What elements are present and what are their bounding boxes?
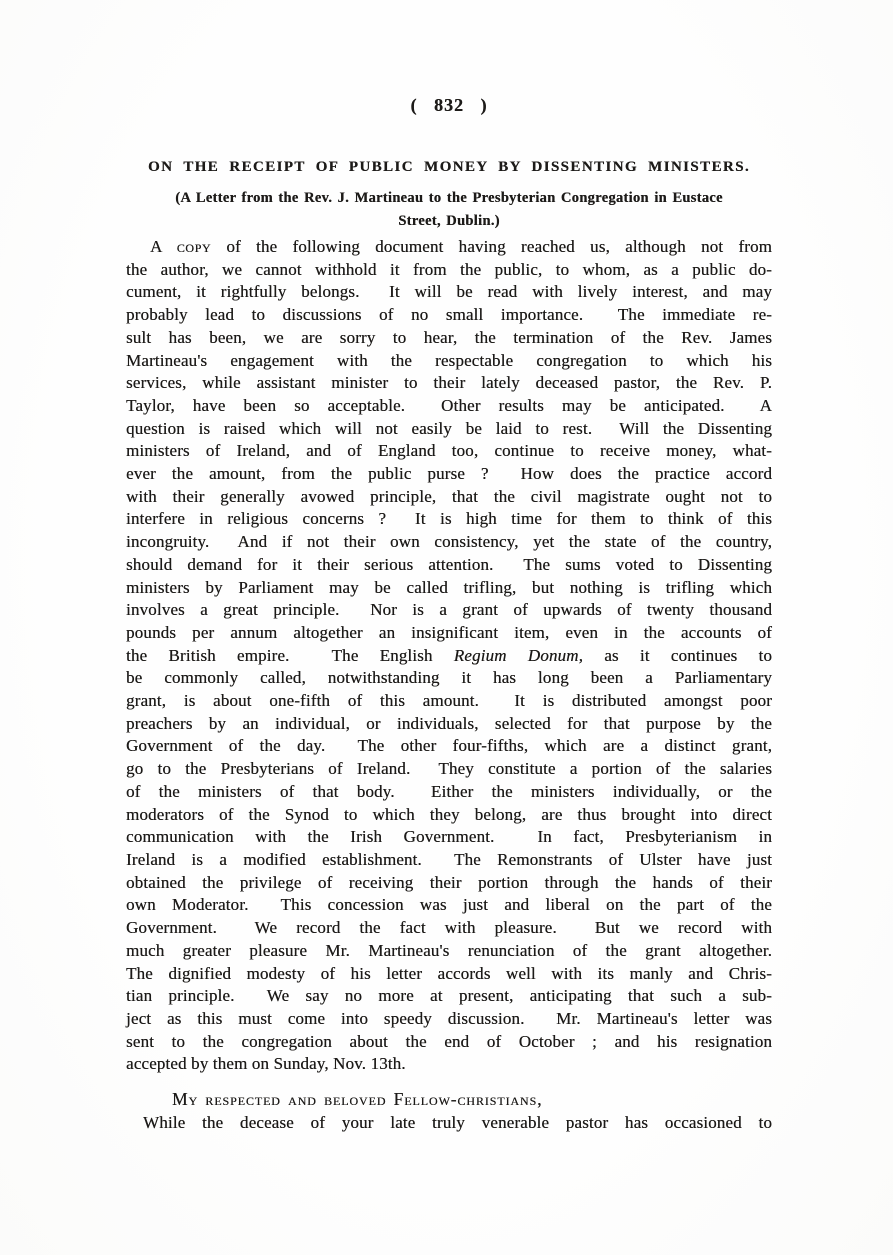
text-line: involves a great principle. Nor is a gra… <box>126 599 772 622</box>
text-line: of the ministers of that body. Either th… <box>126 781 772 804</box>
text-line: Government. We record the fact with plea… <box>126 917 772 940</box>
text-line: interfere in religious concerns ? It is … <box>126 508 772 531</box>
scanned-document-page: ( 832 ) ON THE RECEIPT OF PUBLIC MONEY B… <box>0 0 893 1255</box>
text-line: communication with the Irish Government.… <box>126 826 772 849</box>
text-line: preachers by an individual, or individua… <box>126 713 772 736</box>
text-line: sult has been, we are sorry to hear, the… <box>126 327 772 350</box>
text-line: grant, is about one-fifth of this amount… <box>126 690 772 713</box>
text-line: question is raised which will not easily… <box>126 418 772 441</box>
text-line: A copy of the following document having … <box>126 236 772 259</box>
text-line: much greater pleasure Mr. Martineau's re… <box>126 940 772 963</box>
text-line: ministers of Ireland, and of England too… <box>126 440 772 463</box>
letter-section: My respected and beloved Fellow-christia… <box>126 1088 772 1135</box>
text-line: go to the Presbyterians of Ireland. They… <box>126 758 772 781</box>
editorial-note-paragraph: A copy of the following document having … <box>126 236 772 1076</box>
text-line: the author, we cannot withhold it from t… <box>126 259 772 282</box>
text-line: services, while assistant minister to th… <box>126 372 772 395</box>
text-line: probably lead to discussions of no small… <box>126 304 772 327</box>
text-line: pounds per annum altogether an insignifi… <box>126 622 772 645</box>
text-line: moderators of the Synod to which they be… <box>126 804 772 827</box>
text-line: Government of the day. The other four-fi… <box>126 735 772 758</box>
text-line: Martineau's engagement with the respecta… <box>126 350 772 373</box>
text-line: obtained the privilege of receiving thei… <box>126 872 772 895</box>
article-title: ON THE RECEIPT OF PUBLIC MONEY BY DISSEN… <box>116 159 782 176</box>
text-line: ject as this must come into speedy discu… <box>126 1008 772 1031</box>
text-line: ever the amount, from the public purse ?… <box>126 463 772 486</box>
text-line: (A Letter from the Rev. J. Martineau to … <box>116 187 782 210</box>
text-line: ministers by Parliament may be called tr… <box>126 577 772 600</box>
text-line: Street, Dublin.) <box>116 210 782 233</box>
text-line: incongruity. And if not their own consis… <box>126 531 772 554</box>
text-line: with their generally avowed principle, t… <box>126 486 772 509</box>
page-number: ( 832 ) <box>126 95 772 116</box>
letter-opening-line: While the decease of your late truly ven… <box>126 1111 772 1135</box>
text-line: Ireland is a modified establishment. The… <box>126 849 772 872</box>
text-line: Taylor, have been so acceptable. Other r… <box>126 395 772 418</box>
text-line: own Moderator. This concession was just … <box>126 894 772 917</box>
text-line: While the decease of your late truly ven… <box>126 1111 772 1135</box>
text-line: the British empire. The English Regium D… <box>126 645 772 668</box>
article-subtitle: (A Letter from the Rev. J. Martineau to … <box>116 187 782 232</box>
text-line: accepted by them on Sunday, Nov. 13th. <box>126 1053 772 1076</box>
text-line: tian principle. We say no more at presen… <box>126 985 772 1008</box>
text-line: be commonly called, notwithstanding it h… <box>126 667 772 690</box>
text-line: cument, it rightfully belongs. It will b… <box>126 281 772 304</box>
text-line: sent to the congregation about the end o… <box>126 1031 772 1054</box>
text-line: The dignified modesty of his letter acco… <box>126 963 772 986</box>
text-line: should demand for it their serious atten… <box>126 554 772 577</box>
letter-salutation: My respected and beloved Fellow-christia… <box>126 1088 772 1111</box>
